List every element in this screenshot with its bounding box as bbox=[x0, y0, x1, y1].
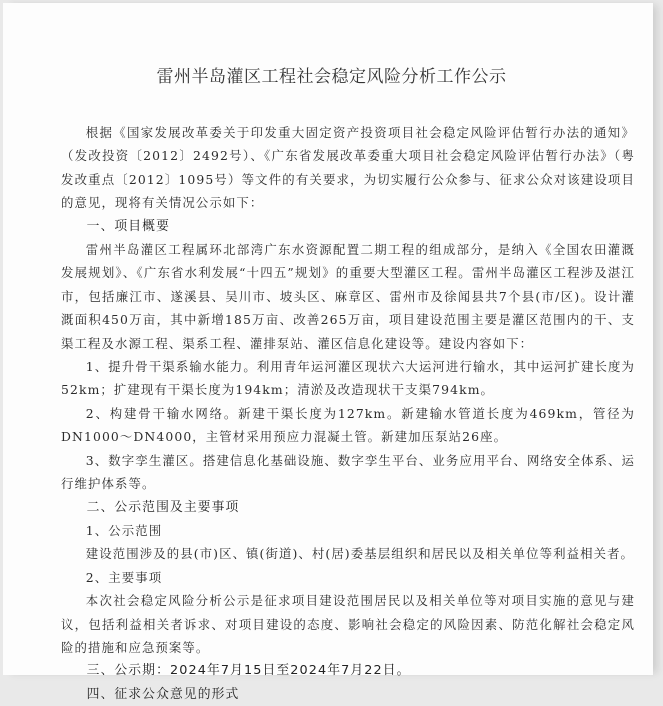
document-body: 根据《国家发展改革委关于印发重大固定资产投资项目社会稳定风险评估暂行办法的通知》… bbox=[61, 121, 635, 672]
content-item-1: 1、提升骨干渠系输水能力。利用青年运河灌区现状六大运河进行输水，其中运河扩建长度… bbox=[61, 355, 635, 402]
subheading-matters: 2、主要事项 bbox=[61, 566, 635, 589]
intro-paragraph: 根据《国家发展改革委关于印发重大固定资产投资项目社会稳定风险评估暂行办法的通知》… bbox=[61, 121, 635, 215]
content-item-2: 2、构建骨干输水网络。新建干渠长度为127km。新建输水管道长度为469km，管… bbox=[61, 402, 635, 449]
content-item-3: 3、数字孪生灌区。搭建信息化基础设施、数字孪生平台、业务应用平台、网络安全体系、… bbox=[61, 449, 635, 496]
overview-paragraph: 雷州半岛灌区工程属环北部湾广东水资源配置二期工程的组成部分，是纳入《全国农田灌溉… bbox=[61, 238, 635, 355]
section-heading-period: 三、公示期：2024年7月15日至2024年7月22日。 bbox=[61, 659, 635, 672]
scope-paragraph: 建设范围涉及的县(市)区、镇(街道)、村(居)委基层组织和居民以及相关单位等利益… bbox=[61, 542, 635, 565]
section-heading-overview: 一、项目概要 bbox=[61, 215, 635, 238]
section-heading-scope: 二、公示范围及主要事项 bbox=[61, 496, 635, 519]
subheading-scope: 1、公示范围 bbox=[61, 519, 635, 542]
document-title: 雷州半岛灌区工程社会稳定风险分析工作公示 bbox=[0, 62, 663, 87]
matters-paragraph: 本次社会稳定风险分析公示是征求项目建设范围居民以及相关单位等对项目实施的意见与建… bbox=[61, 589, 635, 659]
